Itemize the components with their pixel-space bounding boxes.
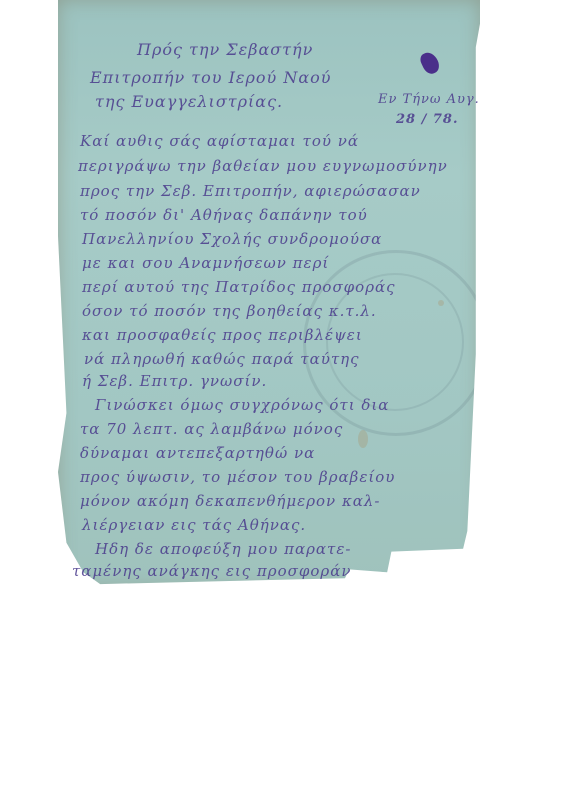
salutation-line-1: Πρός την Σεβαστήν	[137, 40, 313, 59]
body-line: Καί αυθις σάς αφίσταμαι τού νά	[80, 132, 359, 150]
body-line: δύναμαι αντεπεξαρτηθώ να	[80, 444, 315, 462]
date: 28 / 78.	[396, 112, 459, 127]
body-line: τα 70 λεπτ. ας λαμβάνω μόνος	[80, 420, 343, 438]
body-line: περί αυτού της Πατρίδος προσφοράς	[82, 278, 396, 296]
body-line: ταμένης ανάγκης εις προσφοράν	[72, 562, 351, 580]
stain	[358, 430, 368, 448]
body-line: ή Σεβ. Επιτρ. γνωσίν.	[82, 372, 267, 390]
place-date: Εν Τήνω Αυγ.	[378, 92, 480, 107]
body-line: και προσφαθείς προς περιβλέψει	[82, 326, 363, 344]
body-line: Ηδη δε αποφεύξη μου παρατε-	[95, 540, 351, 558]
body-line: μόνον ακόμη δεκαπενθήμερον καλ-	[80, 492, 380, 510]
body-line: Πανελληνίου Σχολής συνδρομούσα	[82, 230, 382, 248]
body-line: όσον τό ποσόν της βοηθείας κ.τ.λ.	[82, 302, 377, 320]
body-line: νά πληρωθή καθώς παρά ταύτης	[84, 350, 360, 368]
salutation-line-3: της Ευαγγελιστρίας.	[95, 92, 283, 111]
body-line: περιγράψω την βαθείαν μου ευγνωμοσύνην	[78, 157, 448, 175]
body-line: προς ύψωσιν, το μέσον του βραβείου	[80, 468, 395, 486]
body-line: λιέργειαν εις τάς Αθήνας.	[82, 516, 306, 534]
body-line: τό ποσόν δι' Αθήνας δαπάνην τού	[80, 206, 368, 224]
body-line: με και σου Αναμνήσεων περί	[82, 254, 329, 272]
body-line: Γινώσκει όμως συγχρόνως ότι δια	[95, 396, 389, 414]
salutation-line-2: Επιτροπήν του Ιερού Ναού	[90, 68, 332, 87]
body-line: προς την Σεβ. Επιτροπήν, αφιερώσασαν	[80, 182, 421, 200]
